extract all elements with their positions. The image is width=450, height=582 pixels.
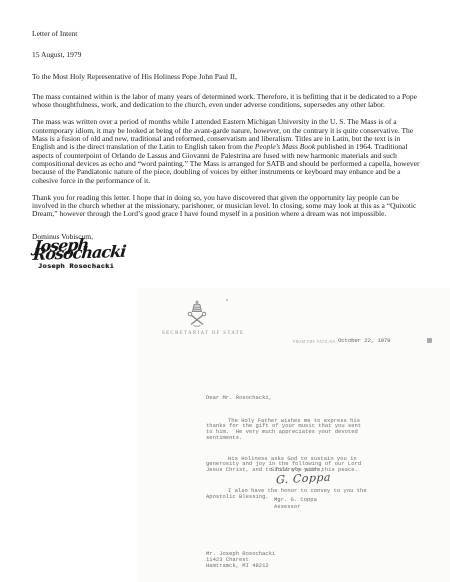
letter-closing: Dominus Vobiscum, [32,233,423,241]
scan-speck [226,299,228,301]
vatican-reply-scan: SECRETARIAT OF STATE FROM THE VATICAN Oc… [138,288,450,582]
letter-paragraph-3: Thank you for reading this letter. I hop… [32,194,423,219]
recipient-address: Mr. Joseph Rosochacki 11423 Charest Hamt… [206,551,275,568]
papal-crest-icon [185,300,209,327]
letter-date: 15 August, 1979 [32,51,423,59]
page: Letter of Intent 15 August, 1979 To the … [0,0,450,582]
handwritten-signature: Joseph Rosochacki [32,239,154,265]
typed-signature-name: Joseph Rosochacki [38,263,429,271]
letter-salutation: To the Most Holy Representative of His H… [32,73,423,81]
reply-date: October 22, 1979 [338,337,390,344]
letter-paragraph-1: The mass contained within is the labor o… [32,93,423,110]
letterhead-text: SECRETARIAT OF STATE [162,331,244,336]
address-line-3: Hamtramck, MI 48212 [206,563,275,569]
reply-salutation: Dear Mr. Rosochacki, [206,395,368,401]
letter-of-intent: Letter of Intent 15 August, 1979 To the … [32,30,423,273]
coppa-title: Assessor [274,503,300,510]
scan-artifact [427,338,432,343]
reply-paragraph-1: The Holy Father wishes me to express his… [206,418,368,441]
from-the-vatican-label: FROM THE VATICAN [293,340,335,344]
letter-paragraph-2: The mass was written over a period of mo… [32,118,423,184]
letter-title: Letter of Intent [32,30,423,38]
